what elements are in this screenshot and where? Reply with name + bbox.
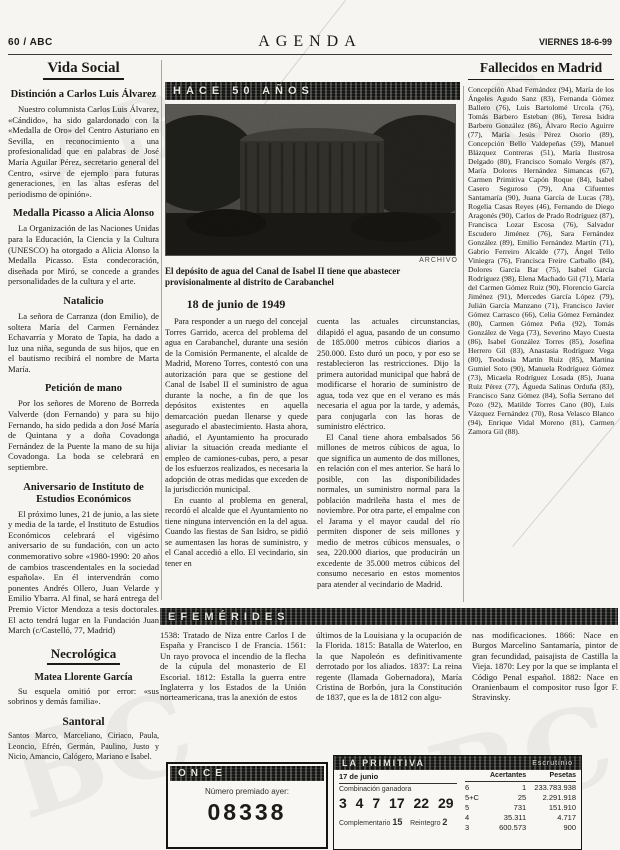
hace-50-anos-section: HACE 50 AÑOS xyxy=(165,82,460,617)
column-rule xyxy=(161,60,162,600)
page-number: 60 / ABC xyxy=(8,37,158,48)
necrologica-name: Matea Llorente García xyxy=(8,672,159,683)
once-banner-label: ONCE xyxy=(178,768,227,779)
primitiva-results-box: LA PRIMITIVA Escrutinio 17 de junio Comb… xyxy=(333,755,582,850)
prize-row: 6 1 233.783.938 xyxy=(465,782,576,793)
once-results-box: ONCE Número premiado ayer: 08338 xyxy=(166,762,328,849)
photo-credit: ARCHIVO xyxy=(165,257,458,264)
body-peticion-mano: Por los señores de Moreno de Borreda Val… xyxy=(8,398,159,472)
prize-row: 3 600.573 900 xyxy=(465,822,576,832)
efemerides-column-3: nas modificaciones. 1866: Nace en Burgos… xyxy=(472,630,618,748)
pesetas-header: Pesetas xyxy=(526,772,576,782)
reintegro-value: 2 xyxy=(442,817,447,827)
primitiva-combination-area: 17 de junio Combinación ganadora 3 4 7 1… xyxy=(339,772,457,832)
article-paragraph: Para responder a un ruego del concejal T… xyxy=(165,317,308,496)
article-paragraph: El Canal tiene ahora embalsados 56 millo… xyxy=(317,433,460,591)
article-column-2: cuenta las actuales circunstancias, dila… xyxy=(317,317,460,617)
primitiva-extras: Complementario 15 Reintegro 2 xyxy=(339,817,457,827)
archive-photo xyxy=(165,104,456,256)
section-title: AGENDA xyxy=(158,33,462,51)
primitiva-subtitle: Escrutinio xyxy=(532,760,573,767)
article-columns: Para responder a un ruego del concejal T… xyxy=(165,317,460,617)
heading-distincion: Distinción a Carlos Luis Álvarez xyxy=(10,89,157,101)
hace-50-anos-banner: HACE 50 AÑOS xyxy=(165,82,460,100)
heading-aniversario-iee: Aniversario de Instituto de Estudios Eco… xyxy=(10,482,157,506)
reintegro-label: Reintegro xyxy=(410,820,440,827)
fallecidos-column: Fallecidos en Madrid Concepción Abad Fer… xyxy=(468,58,614,590)
water-deposit-photo-image xyxy=(166,105,455,255)
article-title: 18 de junio de 1949 xyxy=(165,297,307,312)
once-winning-number: 08338 xyxy=(168,799,326,826)
complementario-value: 15 xyxy=(392,817,402,827)
heading-peticion-mano: Petición de mano xyxy=(10,383,157,395)
primitiva-banner: LA PRIMITIVA Escrutinio xyxy=(334,756,581,770)
primitiva-banner-label: LA PRIMITIVA xyxy=(342,758,425,768)
prize-row: 5 731 151.910 xyxy=(465,802,576,812)
efemerides-banner: EFEMÉRIDES xyxy=(160,608,618,625)
acertantes-header: Acertantes xyxy=(483,772,526,782)
primitiva-prize-table: Acertantes Pesetas 6 1 233.783.938 5+C 2… xyxy=(457,772,576,832)
prize-table-header: Acertantes Pesetas xyxy=(465,772,576,782)
newspaper-page: BC BC AB C 60 / ABC AGENDA VIERNES 18-6-… xyxy=(0,0,620,850)
body-medalla-picasso: La Organización de las Naciones Unidas p… xyxy=(8,223,159,287)
masthead: 60 / ABC AGENDA VIERNES 18-6-99 xyxy=(8,30,612,55)
once-banner: ONCE xyxy=(170,766,324,781)
efemerides-banner-label: EFEMÉRIDES xyxy=(168,611,290,623)
photo-caption: El depósito de agua del Canal de Isabel … xyxy=(165,266,460,288)
body-distincion: Nuestro columnista Carlos Luis Álvarez, … xyxy=(8,104,159,199)
necrologica-title: Necrológica xyxy=(8,646,159,665)
fallecidos-list: Concepción Abad Fernández (94), María de… xyxy=(468,85,614,590)
necrologica-body: Su esquela omitió por error: «sus sobrin… xyxy=(8,686,159,707)
primitiva-winning-numbers: 3 4 7 17 22 29 xyxy=(339,795,457,811)
santoral-body: Santos Marco, Marceliano, Ciriaco, Paula… xyxy=(8,731,159,763)
body-natalicio: La señora de Carranza (don Emilio), de s… xyxy=(8,311,159,375)
santoral-title: Santoral xyxy=(10,716,157,728)
efemerides-column-1: 1538: Tratado de Niza entre Carlos I de … xyxy=(160,630,306,748)
vida-social-column: Vida Social Distinción a Carlos Luis Álv… xyxy=(8,58,159,765)
efemerides-column-2: últimos de la Louisiana y la ocupación d… xyxy=(316,630,462,748)
once-label: Número premiado ayer: xyxy=(168,787,326,796)
column-rule xyxy=(463,86,464,602)
article-column-1: Para responder a un ruego del concejal T… xyxy=(165,317,308,617)
fallecidos-title: Fallecidos en Madrid xyxy=(468,60,614,80)
article-paragraph: En cuanto al problema en general, record… xyxy=(165,496,308,570)
complementario-label: Complementario xyxy=(339,820,390,827)
efemerides-section: EFEMÉRIDES 1538: Tratado de Niza entre C… xyxy=(160,608,618,748)
article-paragraph: cuenta las actuales circunstancias, dila… xyxy=(317,317,460,433)
prize-row: 5+C 25 2.291.918 xyxy=(465,792,576,802)
primitiva-combination-label: Combinación ganadora xyxy=(339,786,457,793)
primitiva-date: 17 de junio xyxy=(339,772,457,784)
date-line: VIERNES 18-6-99 xyxy=(462,37,612,47)
prize-row: 4 35.311 4.717 xyxy=(465,812,576,822)
body-aniversario-iee: El próximo lunes, 21 de junio, a las sie… xyxy=(8,509,159,636)
hace-50-anos-banner-label: HACE 50 AÑOS xyxy=(173,85,314,97)
vida-social-title: Vida Social xyxy=(8,60,159,80)
heading-natalicio: Natalicio xyxy=(10,296,157,308)
heading-medalla-picasso: Medalla Picasso a Alicia Alonso xyxy=(10,208,157,220)
